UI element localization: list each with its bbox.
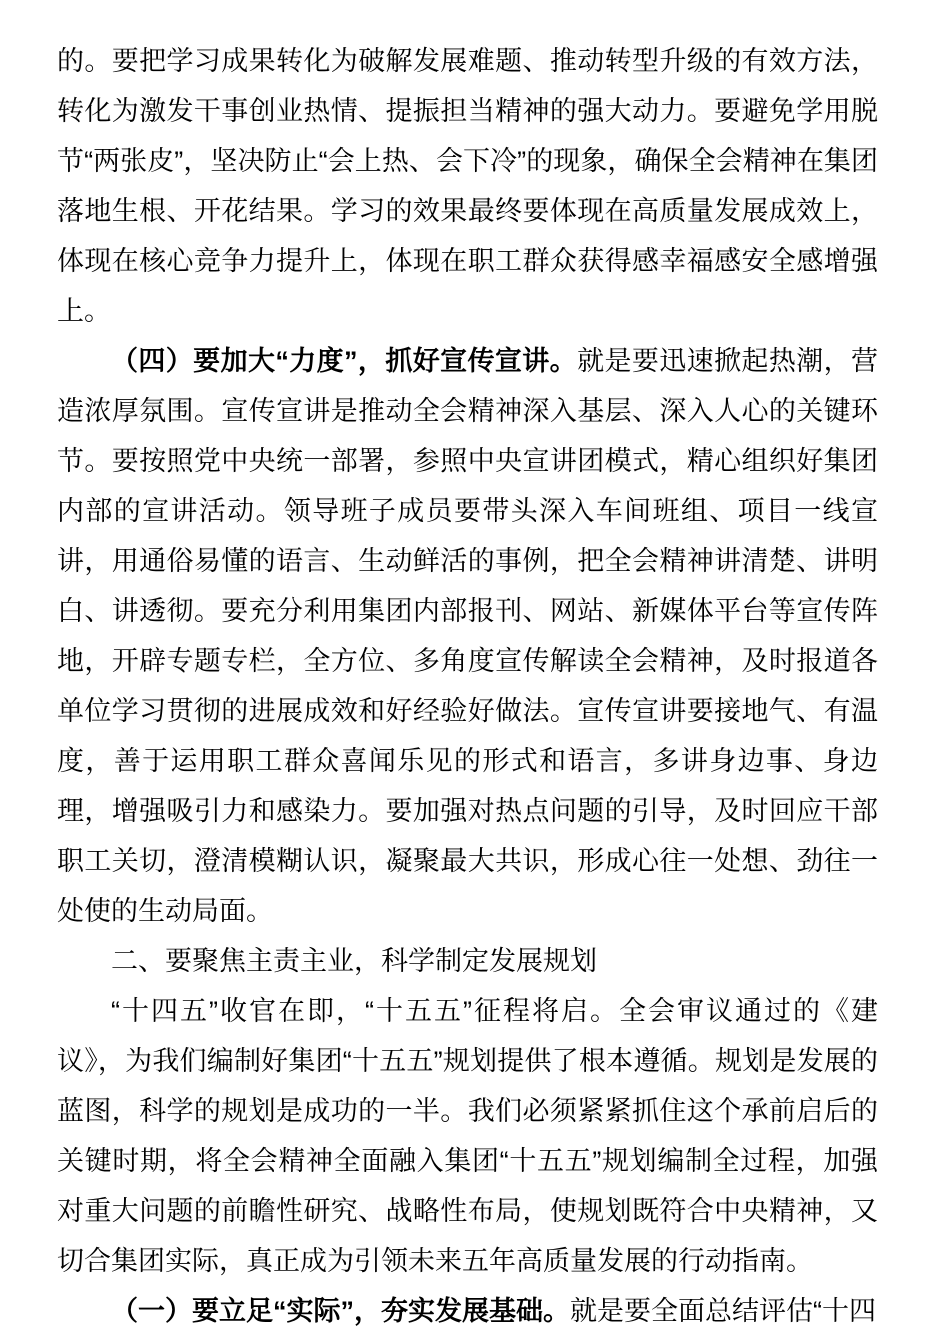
- paragraph-text: “十四五”收官在即，“十五五”征程将启。全会审议通过的《建议》，为我们编制好集团…: [57, 996, 878, 1276]
- paragraph-text: 的。要把学习成果转化为破解发展难题、推动转型升级的有效方法，转化为激发干事创业热…: [57, 46, 878, 326]
- paragraph-continuation-study-results: 的。要把学习成果转化为破解发展难题、推动转型升级的有效方法，转化为激发干事创业热…: [57, 36, 878, 336]
- paragraph-point-one-foundation: （一）要立足“实际”，夯实发展基础。就是要全面总结评估“十四: [57, 1286, 878, 1336]
- section-heading-two: 二、要聚焦主责主业，科学制定发展规划: [57, 936, 878, 986]
- section-heading-text: 二、要聚焦主责主业，科学制定发展规划: [111, 946, 597, 976]
- paragraph-lead-bold: （四）要加大“力度”，抓好宣传宣讲。: [111, 346, 577, 376]
- paragraph-planning-overview: “十四五”收官在即，“十五五”征程将启。全会审议通过的《建议》，为我们编制好集团…: [57, 986, 878, 1286]
- paragraph-lead-bold: （一）要立足“实际”，夯实发展基础。: [111, 1296, 570, 1326]
- paragraph-text: 就是要全面总结评估“十四: [570, 1296, 876, 1326]
- paragraph-text: 就是要迅速掀起热潮，营造浓厚氛围。宣传宣讲是推动全会精神深入基层、深入人心的关键…: [57, 346, 878, 926]
- document-page: 的。要把学习成果转化为破解发展难题、推动转型升级的有效方法，转化为激发干事创业热…: [0, 0, 950, 1344]
- paragraph-point-four-propaganda: （四）要加大“力度”，抓好宣传宣讲。就是要迅速掀起热潮，营造浓厚氛围。宣传宣讲是…: [57, 336, 878, 936]
